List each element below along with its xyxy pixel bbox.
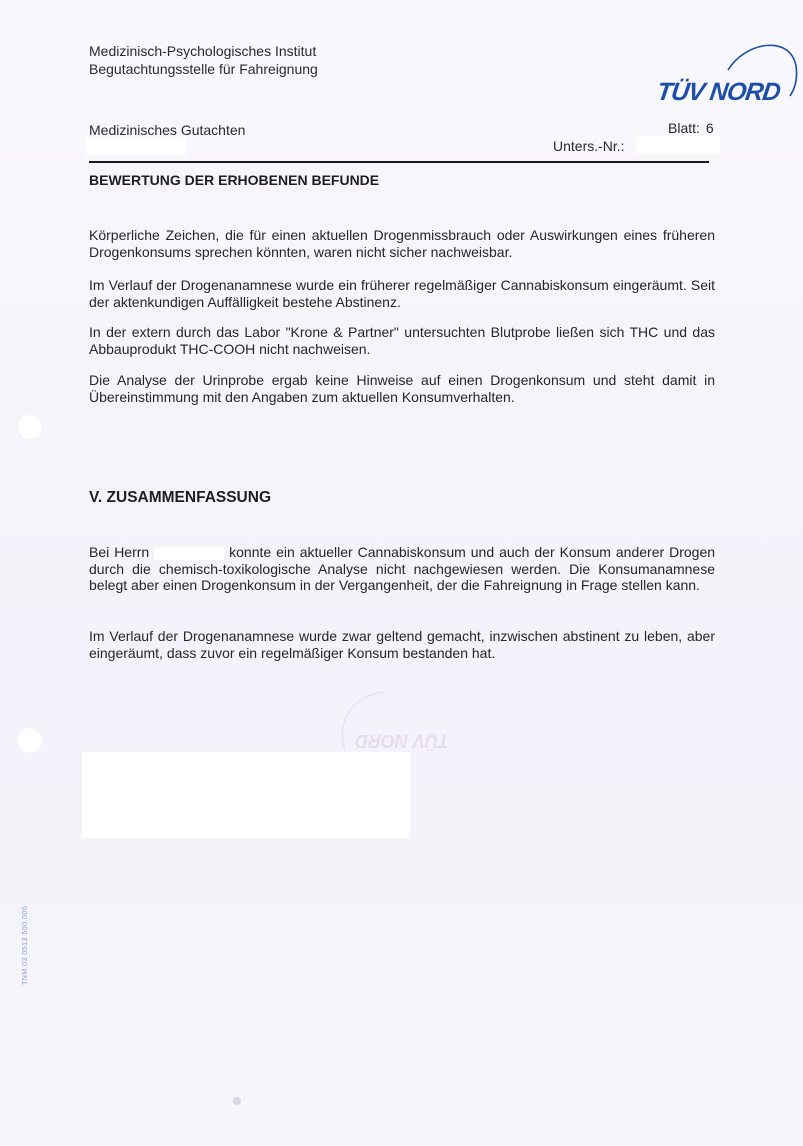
findings-paragraph: Die Analyse der Urinprobe ergab keine Hi…	[89, 372, 715, 405]
header-divider	[89, 161, 709, 163]
summary-paragraph: Bei Herrn konnte ein aktueller Cannabisk…	[89, 544, 715, 594]
document-type: Medizinisches Gutachten	[89, 122, 245, 138]
section-title-summary: V. ZUSAMMENFASSUNG	[89, 489, 271, 507]
findings-paragraph: Körperliche Zeichen, die für einen aktue…	[89, 227, 715, 260]
punch-hole	[16, 728, 42, 754]
document-page: Medizinisch-Psychologisches Institut Beg…	[0, 0, 803, 1146]
redaction	[636, 136, 720, 154]
form-code: TNM 03 0513 500.000	[22, 906, 29, 985]
sheet-value: 6	[706, 120, 714, 136]
punch-hole	[16, 415, 42, 441]
institute-name: Medizinisch-Psychologisches Institut	[89, 42, 318, 60]
summary-prefix: Bei Herrn	[89, 544, 149, 560]
stamp-text: TÜV NORD	[355, 730, 449, 751]
sheet-number: Blatt:6	[668, 120, 714, 136]
findings-paragraph: In der extern durch das Labor "Krone & P…	[89, 324, 715, 357]
tuv-nord-logo: TÜV NORD	[650, 36, 800, 106]
redaction-signature	[82, 752, 410, 838]
redacted-name	[154, 547, 224, 560]
faded-stamp: TÜV NORD	[335, 690, 485, 760]
section-title-findings: BEWERTUNG DER ERHOBENEN BEFUNDE	[89, 172, 379, 188]
scan-speck	[233, 1097, 241, 1105]
summary-paragraph: Im Verlauf der Drogenanamnese wurde zwar…	[89, 628, 715, 661]
institute-header: Medizinisch-Psychologisches Institut Beg…	[89, 42, 318, 78]
exam-number-label: Unters.-Nr.:	[553, 138, 625, 154]
institute-department: Begutachtungsstelle für Fahreignung	[89, 60, 318, 78]
redaction	[86, 139, 186, 155]
sheet-label: Blatt:	[668, 120, 700, 136]
logo-text: TÜV NORD	[655, 78, 782, 107]
findings-paragraph: Im Verlauf der Drogenanamnese wurde ein …	[89, 277, 715, 310]
